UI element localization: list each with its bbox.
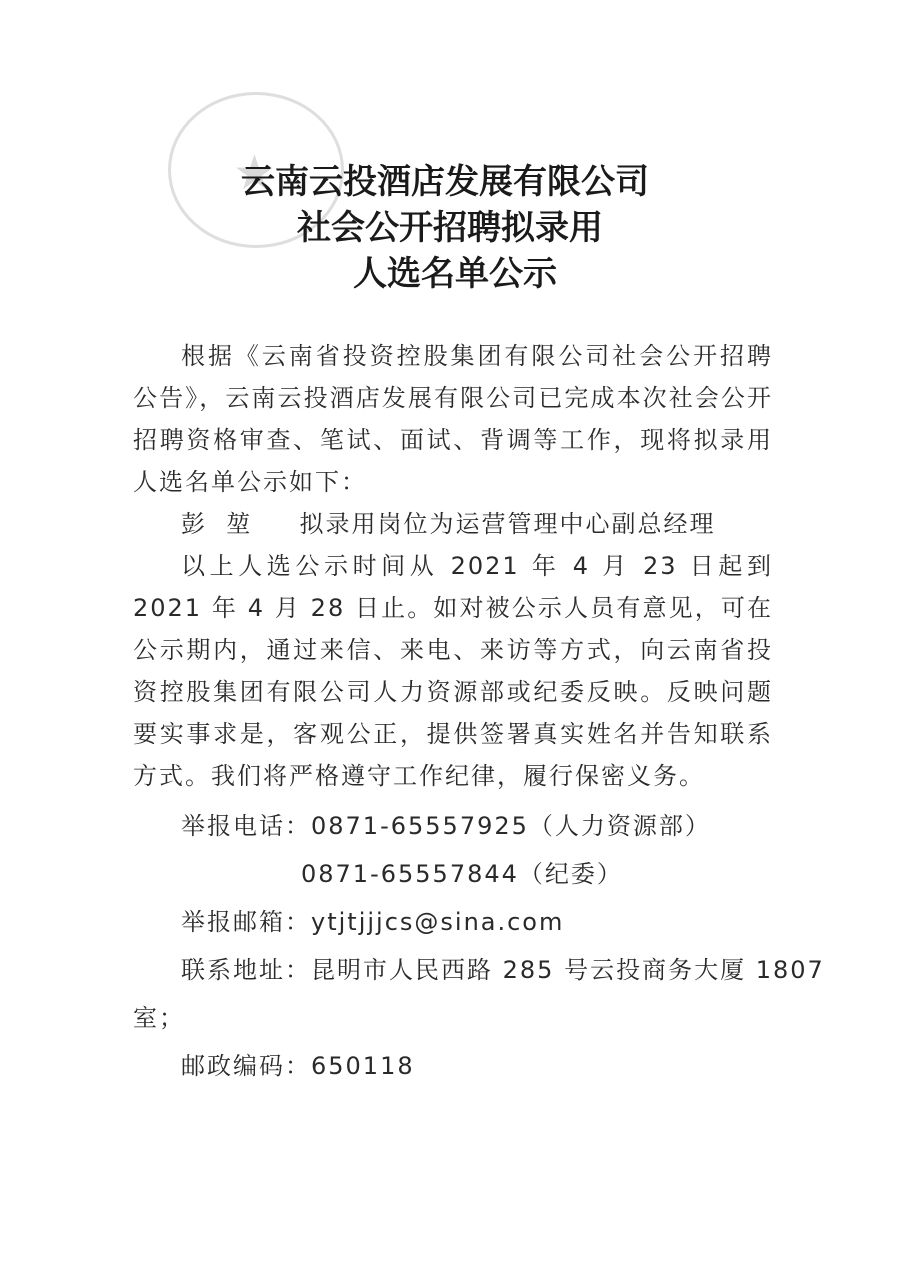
candidate-name: 彭 堃 [181, 510, 252, 538]
address-label: 联系地址： [181, 956, 311, 984]
email-line: 举报邮箱：ytjtjjjcs@sina.com [133, 898, 773, 946]
address-value: 昆明市人民西路 285 号云投商务大厦 1807 [311, 956, 825, 984]
postcode-label: 邮政编码： [181, 1052, 311, 1080]
title-line-2: 社会公开招聘拟录用 [0, 204, 900, 252]
contact-block: 举报电话：0871-65557925（人力资源部） 0871-65557844（… [133, 802, 773, 1090]
phone-hr[interactable]: 0871-65557925（人力资源部） [311, 812, 711, 840]
title-line-3: 人选名单公示 [5, 250, 900, 298]
phone-discipline[interactable]: 0871-65557844（纪委） [301, 860, 623, 888]
notice-paragraph: 以上人选公示时间从 2021 年 4 月 23 日起到 2021 年 4 月 2… [133, 545, 773, 797]
email-address[interactable]: ytjtjjjcs@sina.com [311, 908, 564, 936]
address-continued: 室； [133, 994, 773, 1042]
candidate-position: 拟录用岗位为运营管理中心副总经理 [300, 510, 716, 538]
title-line-1: 云南云投酒店发展有限公司 [0, 158, 895, 206]
candidate-line: 彭 堃 拟录用岗位为运营管理中心副总经理 [133, 503, 773, 545]
phone-label: 举报电话： [181, 812, 311, 840]
phone-line-2: 0871-65557844（纪委） [133, 850, 773, 898]
document-body: 根据《云南省投资控股集团有限公司社会公开招聘公告》，云南云投酒店发展有限公司已完… [133, 335, 773, 797]
phone-line: 举报电话：0871-65557925（人力资源部） [133, 802, 773, 850]
intro-paragraph: 根据《云南省投资控股集团有限公司社会公开招聘公告》，云南云投酒店发展有限公司已完… [133, 335, 773, 503]
postcode-value: 650118 [311, 1052, 415, 1080]
postcode-line: 邮政编码：650118 [133, 1042, 773, 1090]
address-line: 联系地址：昆明市人民西路 285 号云投商务大厦 1807 [133, 946, 773, 994]
email-label: 举报邮箱： [181, 908, 311, 936]
